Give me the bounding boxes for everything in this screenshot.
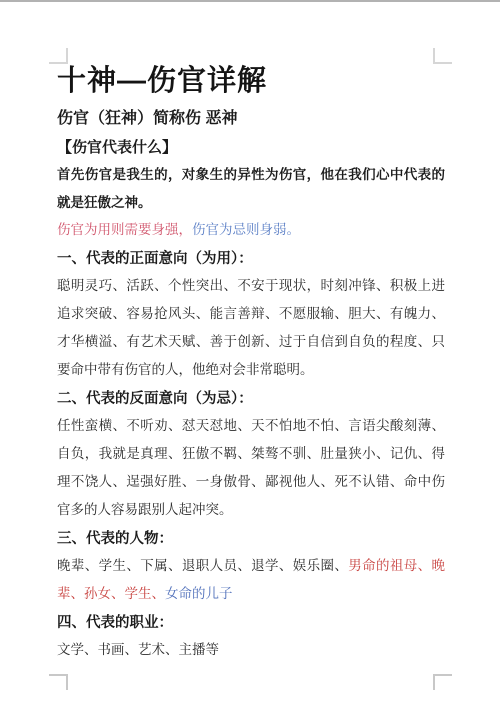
document-content: 十神—伤官详解 伤官（狂神）简称伤 恶神 【伤官代表什么】 首先伤官是我生的，对…	[57, 0, 445, 664]
topic-label: 【伤官代表什么】	[57, 138, 445, 157]
section-3-body-blue-text: 女命的儿子	[165, 586, 233, 601]
section-2-body: 任性蛮横、不听劝、怼天怼地、天不怕地不怕、言语尖酸刻薄、自负，我就是真理、狂傲不…	[57, 412, 445, 524]
intro-paragraph: 首先伤官是我生的，对象生的异性为伤官，他在我们心中代表的就是狂傲之神。	[57, 161, 445, 216]
section-3-heading: 三、代表的人物：	[57, 526, 445, 552]
document-page: 十神—伤官详解 伤官（狂神）简称伤 恶神 【伤官代表什么】 首先伤官是我生的，对…	[0, 0, 500, 722]
usage-note: 伤官为用则需要身强，伤官为忌则身弱。	[57, 216, 445, 244]
section-2-heading: 二、代表的反面意向（为忌）：	[57, 386, 445, 412]
section-3-body-black-text: 晚辈、学生、下属、退职人员、退学、娱乐圈、	[57, 558, 348, 573]
section-4-heading: 四、代表的职业：	[57, 610, 445, 636]
usage-note-blue-text: 伤官为忌则身弱。	[192, 222, 300, 237]
page-title: 十神—伤官详解	[57, 64, 445, 98]
usage-note-red-text: 伤官为用则需要身强，	[57, 222, 192, 237]
section-4-body: 文学、书画、艺术、主播等	[57, 636, 445, 664]
crop-mark-bottom-left	[49, 674, 68, 690]
section-1-heading: 一、代表的正面意向（为用）：	[57, 246, 445, 272]
subtitle: 伤官（狂神）简称伤 恶神	[57, 109, 445, 129]
section-1-body: 聪明灵巧、活跃、个性突出、不安于现状，时刻冲锋、积极上进追求突破、容易抢风头、能…	[57, 272, 445, 384]
section-3-body: 晚辈、学生、下属、退职人员、退学、娱乐圈、男命的祖母、晚辈、孙女、学生、女命的儿…	[57, 552, 445, 608]
crop-mark-bottom-right	[433, 674, 452, 690]
